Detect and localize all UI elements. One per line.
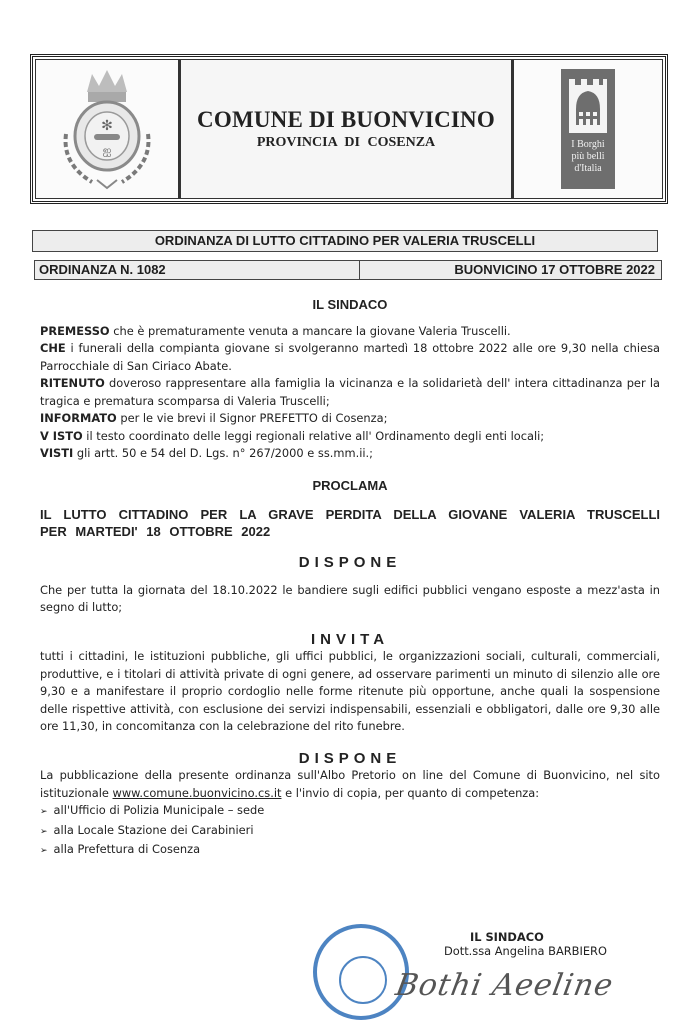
premise-text: i funerali della compianta giovane si sv…: [40, 341, 660, 373]
premise-keyword: INFORMATO: [40, 411, 117, 425]
borghi-line: d'Italia: [571, 163, 604, 175]
svg-text:ஐ: ஐ: [103, 144, 112, 157]
premise-text: il testo coordinato delle leggi regional…: [83, 429, 544, 443]
premise-keyword: PREMESSO: [40, 324, 110, 338]
invita-text: tutti i cittadini, le istituzioni pubbli…: [40, 648, 660, 736]
premise-ritenuto: RITENUTO doveroso rappresentare alla fam…: [40, 375, 660, 410]
invita-heading: INVITA: [40, 631, 660, 649]
place-date: BUONVICINO 17 OTTOBRE 2022: [360, 261, 661, 279]
premise-premesso: PREMESSO che è prematuramente venuta a m…: [40, 323, 660, 341]
premise-text: per le vie brevi il Signor PREFETTO di C…: [117, 411, 388, 425]
ordinance-number: ORDINANZA N. 1082: [35, 261, 360, 279]
list-item: alla Prefettura di Cosenza: [40, 841, 660, 861]
borghi-line: più belli: [571, 151, 604, 163]
dispone-text-2: La pubblicazione della presente ordinanz…: [40, 767, 660, 802]
signature-block: IL SINDACO Dott.ssa Angelina BARBIERO: [454, 930, 607, 958]
list-item: all'Ufficio di Polizia Municipale – sede: [40, 802, 660, 822]
borghi-badge: I Borghi più belli d'Italia: [561, 69, 615, 189]
dispone-heading-2: DISPONE: [40, 750, 660, 768]
borghi-line: I Borghi: [571, 139, 604, 151]
proclama-heading: PROCLAMA: [40, 477, 660, 495]
signatory-name: Dott.ssa Angelina BARBIERO: [444, 944, 607, 958]
premise-informato: INFORMATO per le vie brevi il Signor PRE…: [40, 410, 660, 428]
premise-visto: V ISTO il testo coordinato delle leggi r…: [40, 428, 660, 446]
handwritten-signature: Bothi Aeeline: [393, 968, 616, 1003]
ordinance-title: ORDINANZA DI LUTTO CITTADINO PER VALERIA…: [32, 230, 658, 252]
premise-che: CHE i funerali della compianta giovane s…: [40, 340, 660, 375]
municipality-name: COMUNE DI BUONVICINO: [197, 107, 495, 133]
borghi-logo-cell: I Borghi più belli d'Italia: [513, 59, 663, 199]
coat-of-arms-cell: ✻ ஐ: [35, 59, 179, 199]
dispone-text-1: Che per tutta la giornata del 18.10.2022…: [40, 582, 660, 617]
svg-text:✻: ✻: [101, 118, 113, 134]
premise-visti: VISTI gli artt. 50 e 54 del D. Lgs. n° 2…: [40, 445, 660, 463]
premise-keyword: V ISTO: [40, 429, 83, 443]
signature-title: IL SINDACO: [470, 930, 607, 944]
premise-keyword: VISTI: [40, 446, 73, 460]
letterhead: ✻ ஐ COMUNE DI BUONVICINO PROVINCIA DI CO…: [30, 54, 668, 204]
dispone-heading-1: DISPONE: [40, 554, 660, 572]
proclama-text: IL LUTTO CITTADINO PER LA GRAVE PERDITA …: [40, 506, 660, 540]
ordinance-info-row: ORDINANZA N. 1082 BUONVICINO 17 OTTOBRE …: [34, 260, 662, 280]
premise-keyword: CHE: [40, 341, 66, 355]
coat-of-arms-icon: ✻ ஐ: [52, 64, 162, 194]
province-name: PROVINCIA DI COSENZA: [257, 135, 435, 151]
premise-keyword: RITENUTO: [40, 376, 105, 390]
borghi-label: I Borghi più belli d'Italia: [571, 139, 604, 175]
stamp-inner-ring: [339, 956, 387, 1004]
premise-text: doveroso rappresentare alla famiglia la …: [40, 376, 660, 408]
municipality-title-cell: COMUNE DI BUONVICINO PROVINCIA DI COSENZ…: [179, 59, 513, 199]
premise-text: gli artt. 50 e 54 del D. Lgs. n° 267/200…: [73, 446, 373, 460]
recipients-list: all'Ufficio di Polizia Municipale – sede…: [40, 802, 660, 861]
list-item: alla Locale Stazione dei Carabinieri: [40, 822, 660, 842]
premises-section: PREMESSO che è prematuramente venuta a m…: [40, 323, 660, 463]
sindaco-heading: IL SINDACO: [40, 296, 660, 314]
dispone-text-after: e l'invio di copia, per quanto di compet…: [281, 786, 539, 800]
official-stamp-icon: [313, 924, 409, 1020]
website-link[interactable]: www.comune.buonvicino.cs.it: [113, 786, 282, 800]
premise-text: che è prematuramente venuta a mancare la…: [110, 324, 511, 338]
tower-icon: [567, 75, 609, 135]
document-body: IL SINDACO PREMESSO che è prematuramente…: [40, 296, 660, 861]
